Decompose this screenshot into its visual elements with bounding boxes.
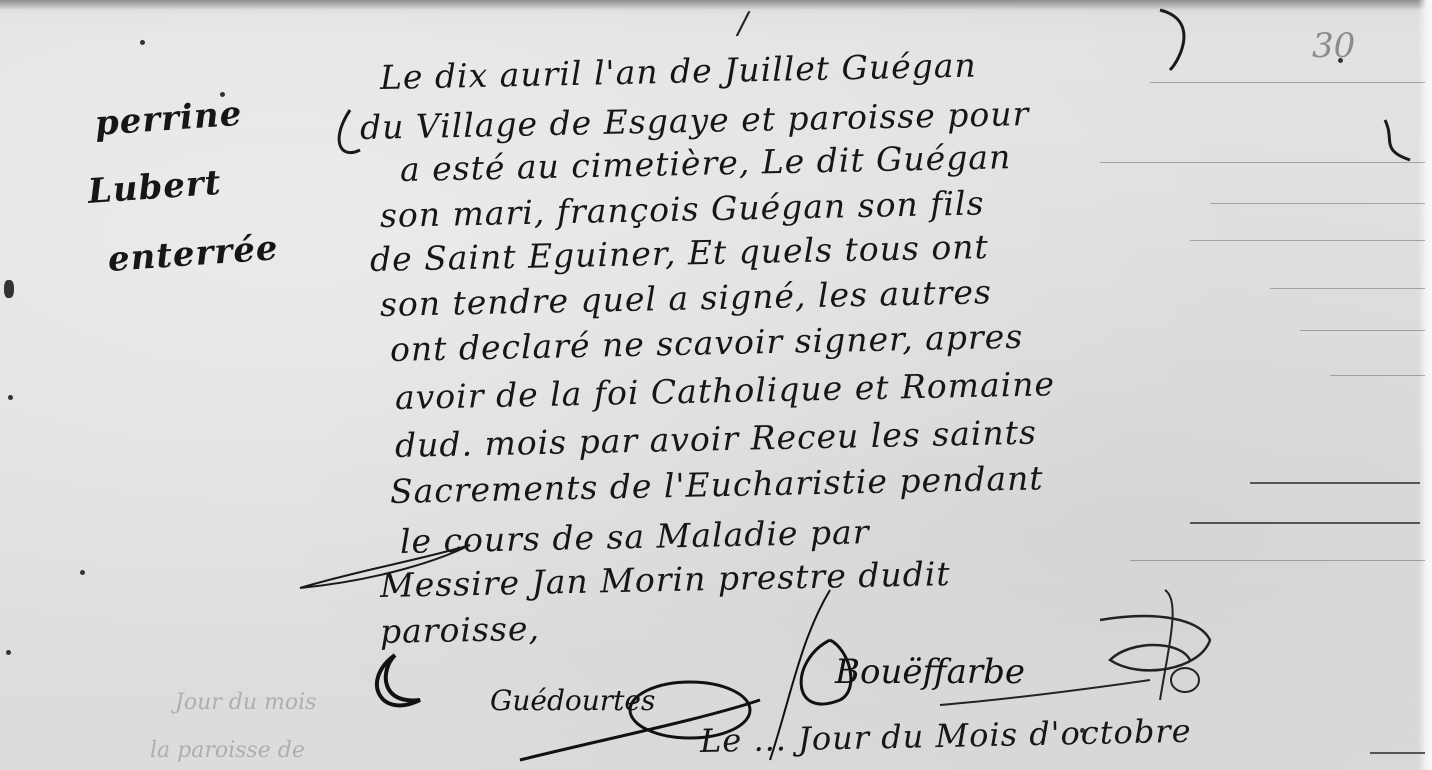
paper-speck <box>80 570 85 575</box>
ruled-line <box>1190 522 1420 524</box>
bleed-through-text: la paroisse de <box>150 738 305 763</box>
ruled-line <box>1370 752 1425 754</box>
body-line-1: Le dix auril l'an de Juillet Guégan <box>380 46 978 97</box>
folio-number: 30 <box>1312 26 1355 66</box>
ruled-line <box>1150 82 1425 83</box>
ruled-line <box>1300 330 1425 331</box>
margin-event: enterrée <box>107 228 280 280</box>
paper-speck <box>6 650 11 655</box>
paper-speck <box>4 280 14 298</box>
body-line-9: dud. mois par avoir Receu les saints <box>395 413 1038 465</box>
ruled-line <box>1190 240 1425 241</box>
body-line-8: avoir de la foi Catholique et Romaine <box>395 364 1056 417</box>
bleed-through-text: Jour du mois <box>175 690 316 715</box>
paper-speck <box>220 92 225 97</box>
body-line-11: le cours de sa Maladie par <box>400 512 870 561</box>
signature-boueffarbe: Bouëffarbe <box>835 652 1025 692</box>
body-line-3: a esté au cimetière, Le dit Guégan <box>400 137 1012 189</box>
page-mark: / <box>738 6 748 41</box>
signature-guedourtes: Guédourtes <box>490 684 655 717</box>
body-line-13: paroisse, <box>380 609 541 651</box>
margin-last-name: Lubert <box>87 163 223 212</box>
body-line-7: ont declaré ne scavoir signer, apres <box>390 317 1024 369</box>
body-line-5: de Saint Eguiner, Et quels tous ont <box>370 227 990 279</box>
body-line-4: son mari, françois Guégan son fils <box>380 183 985 235</box>
paper-speck <box>1080 728 1085 733</box>
paper-speck <box>1338 58 1343 63</box>
page-right-edge <box>1418 0 1432 770</box>
body-line-10: Sacrements de l'Eucharistie pendant <box>390 458 1044 511</box>
paper-speck <box>8 395 13 400</box>
body-line-6: son tendre quel a signé, les autres <box>380 272 993 324</box>
ruled-line <box>1210 203 1425 204</box>
ruled-line <box>1130 560 1425 561</box>
paper-speck <box>140 40 145 45</box>
ruled-line <box>1330 375 1425 376</box>
ruled-line <box>1250 482 1420 484</box>
body-line-12: Messire Jan Morin prestre dudit <box>380 554 951 605</box>
scan-top-shadow <box>0 0 1432 10</box>
margin-first-name: perrine <box>94 94 244 144</box>
ruled-line <box>1100 162 1425 163</box>
ruled-line <box>1270 288 1425 289</box>
document-scan: 30 / perrine Lubert enterrée Le dix auri… <box>0 0 1432 770</box>
next-entry-line: Le ... Jour du Mois d'octobre <box>700 712 1192 760</box>
